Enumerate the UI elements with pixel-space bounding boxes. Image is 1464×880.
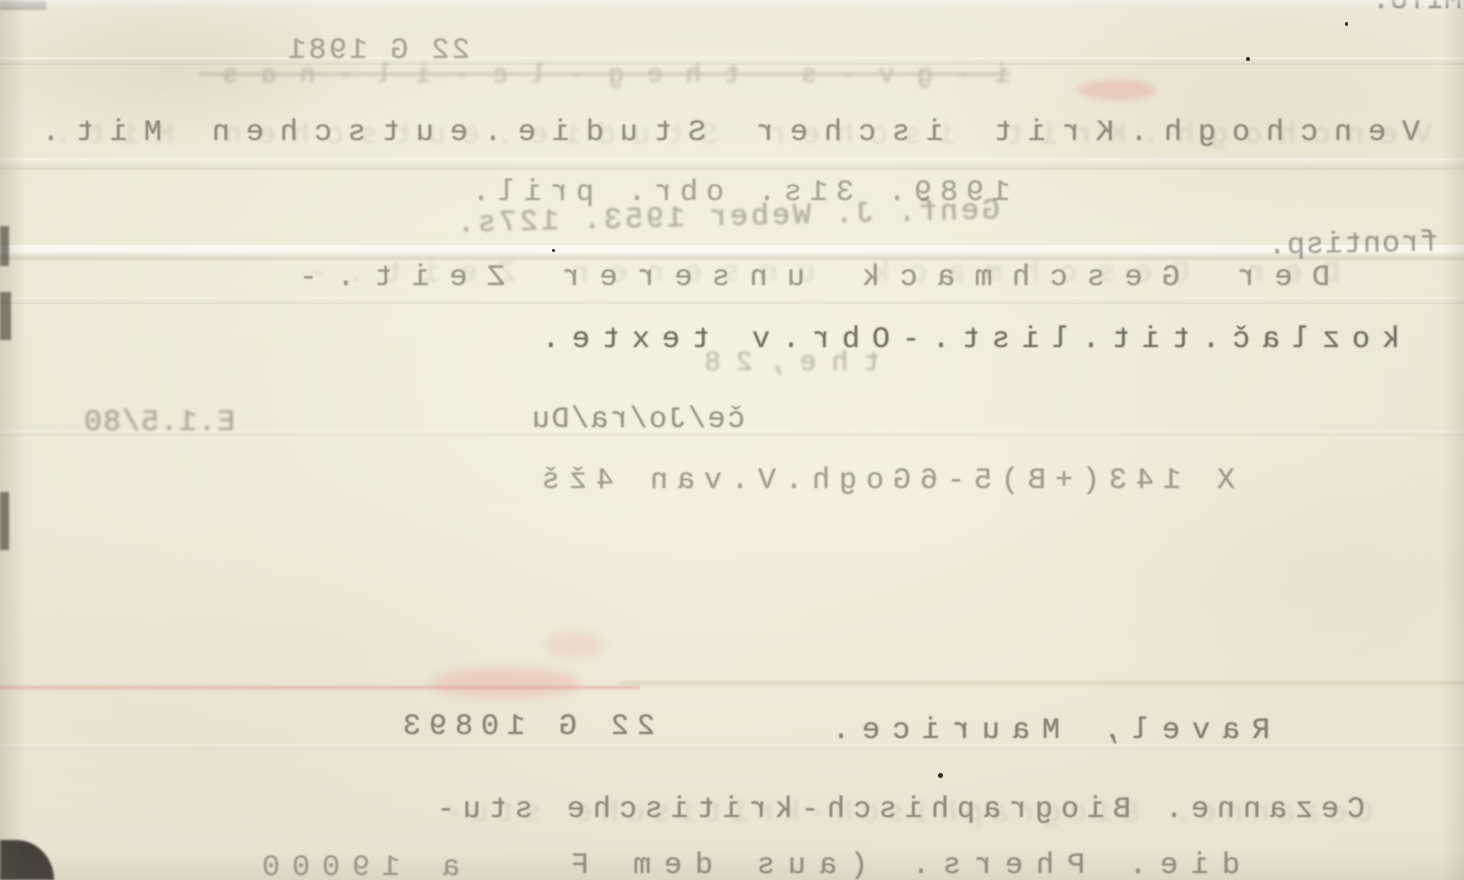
corner-caption-line: MITU.: [1372, 0, 1462, 16]
frontispiece-line: frontisp.: [1267, 229, 1439, 262]
title-line-1: Cezanne. Biographisch-kritische stu-: [429, 795, 1365, 825]
number-fragment-line: a 19000: [250, 853, 460, 880]
cataloguer-initials-line: če/Jo/ra/Du: [530, 405, 745, 435]
author-heading-line: Ravel, Maurice.: [820, 716, 1270, 746]
title-ghost-line: Venchogh.Krit ischer Studie.eutschen Mit…: [26, 118, 1420, 148]
shelfmark-line: X 143(+B)5-6Gogh.V.van 4žš: [533, 466, 1235, 496]
title-line-2: die. Phers. (aus dem F: [558, 851, 1240, 880]
ghost-fragment-line: the,28: [689, 350, 880, 378]
date-code-line: E.1.5/80: [83, 408, 235, 438]
scanned-catalog-card: MITU. 22 G 1981 i-gv-s theg-le-il-nas Ve…: [0, 0, 1464, 880]
mirrored-text-layer: MITU. 22 G 1981 i-gv-s theg-le-il-nas Ve…: [0, 0, 1464, 880]
call-number-bottom-line: 22 G 10893: [395, 712, 655, 742]
illegible-ghost-line: i-gv-s theg-le-il-nas: [199, 62, 1010, 88]
illustration-note-line: kozlač.tit.list.-Obr.v texte.: [530, 325, 1400, 355]
series-line: Der Geschmack unserer Zeit.-: [280, 263, 1330, 293]
